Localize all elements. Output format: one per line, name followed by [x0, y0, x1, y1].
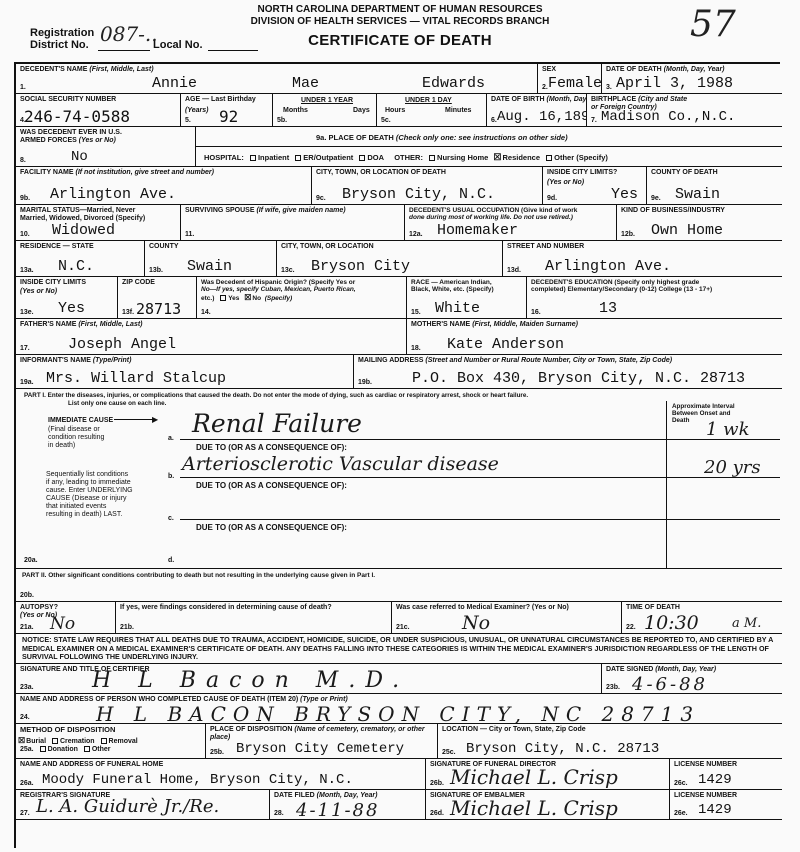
item-number: 5. — [185, 117, 191, 124]
under-1-day-label: UNDER 1 DAY — [405, 97, 452, 104]
item-number: 11. — [185, 231, 194, 238]
er-outpatient-checkbox[interactable] — [295, 155, 301, 161]
inside-limits-hint: (Yes or No) — [547, 179, 584, 186]
business-field: KIND OF BUSINESS/INDUSTRY 12b. Own Home — [617, 205, 782, 241]
autopsy-label: AUTOPSY? — [20, 604, 58, 612]
address-label: MAILING ADDRESS — [358, 357, 423, 364]
place-of-death-label: 9a. PLACE OF DEATH — [316, 133, 394, 142]
father-value: Joseph Angel — [68, 337, 176, 353]
findings-field: If yes, were findings considered in dete… — [116, 602, 392, 634]
cause-b-value: Arteriosclerotic Vascular disease — [182, 453, 499, 475]
division-title: DIVISION OF HEALTH SERVICES — VITAL RECO… — [230, 16, 570, 28]
under-1-year-field: UNDER 1 YEAR Months Days 5b. — [273, 94, 377, 127]
item-number: 27. — [20, 810, 30, 817]
page-title: CERTIFICATE OF DEATH — [230, 32, 570, 50]
cause-a-interval: 1 wk — [706, 419, 750, 440]
item-number: 9d. — [547, 195, 557, 202]
arrow-line — [114, 419, 156, 420]
due-to-b: DUE TO (OR AS A CONSEQUENCE OF): — [196, 481, 347, 490]
residence-state-value: N.C. — [58, 259, 94, 275]
residence-city-label: CITY, TOWN, OR LOCATION — [281, 243, 374, 251]
date-signed-hint: (Month, Day, Year) — [655, 666, 716, 673]
item-number: 9e. — [651, 195, 661, 202]
item-number: 19a. — [20, 379, 34, 386]
burial-checkbox-checked[interactable]: ☒ — [18, 736, 25, 745]
father-hint: (First, Middle, Last) — [78, 321, 142, 328]
immediate-hint-1: (Final disease or — [48, 426, 100, 433]
education-value: 13 — [599, 301, 617, 317]
dod-value: April 3, 1988 — [616, 76, 733, 92]
item-number: 6. — [491, 117, 497, 124]
hospital-label: HOSPITAL: — [204, 153, 244, 162]
burial-label: Burial — [26, 738, 46, 745]
donation-checkbox[interactable] — [40, 746, 46, 752]
director-license-label: LICENSE NUMBER — [674, 761, 737, 769]
dod-label: DATE OF DEATH — [606, 66, 662, 73]
facility-name-field: FACILITY NAME (If not institution, give … — [16, 167, 312, 205]
date-signed-value: 4-6-88 — [632, 674, 708, 694]
date-signed-field: DATE SIGNED (Month, Day, Year) 23b. 4-6-… — [602, 664, 782, 694]
location-label: LOCATION — City or Town, State, Zip Code — [442, 726, 586, 734]
county-of-death-value: Swain — [675, 187, 720, 203]
name-hint: (First, Middle, Last) — [89, 66, 153, 73]
date-filed-label: DATE FILED — [274, 792, 315, 799]
me-label: Was case referred to Medical Examiner? (… — [396, 604, 569, 612]
place-of-death-header: 9a. PLACE OF DEATH (Check only one: see … — [196, 127, 782, 147]
informant-label: INFORMANT'S NAME — [20, 357, 91, 364]
item-number: 25b. — [210, 749, 224, 756]
local-no-underline — [208, 50, 258, 51]
director-license-field: LICENSE NUMBER 26c. 1429 — [670, 759, 782, 790]
inside-city-limits-field: INSIDE CITY LIMITS? (Yes or No) 9d. Yes — [543, 167, 647, 205]
inside-limits-label: INSIDE CITY LIMITS? — [547, 169, 617, 177]
residence-county-label: COUNTY — [149, 243, 179, 251]
inpatient-label: Inpatient — [258, 153, 289, 162]
father-name-field: FATHER'S NAME (First, Middle, Last) 17. … — [16, 319, 407, 355]
part-1-instructions: PART I. Enter the diseases, injuries, or… — [24, 392, 664, 400]
facility-label: FACILITY NAME — [20, 169, 74, 176]
birthplace-value: Madison Co.,N.C. — [601, 109, 735, 125]
mother-hint: (First, Middle, Maiden Surname) — [472, 321, 578, 328]
facility-value: Arlington Ave. — [50, 187, 176, 203]
inpatient-checkbox[interactable] — [250, 155, 256, 161]
certifier-signature-field: SIGNATURE AND TITLE OF CERTIFIER 23a. H … — [16, 664, 602, 694]
interval-divider — [666, 401, 667, 569]
date-signed-label: DATE SIGNED — [606, 666, 653, 673]
sequential-hint-5: that initiated events — [46, 503, 106, 510]
residence-city-field: CITY, TOWN, OR LOCATION 13c. Bryson City — [277, 241, 503, 277]
item-number: 9c. — [316, 195, 326, 202]
first-name: Annie — [152, 76, 197, 92]
ssn-field: SOCIAL SECURITY NUMBER 4. 246-74-0588 — [16, 94, 181, 127]
time-suffix: a M. — [732, 616, 761, 631]
education-label-2: completed) Elementary/Secondary (0-12) C… — [531, 286, 712, 294]
residence-checkbox-checked[interactable]: ☒ — [493, 152, 501, 163]
residence-inside-limits-field: INSIDE CITY LIMITS (Yes or No) 13e. Yes — [16, 277, 118, 319]
item-number: 24. — [20, 714, 30, 721]
city-of-death-label: CITY, TOWN, OR LOCATION OF DEATH — [316, 169, 446, 177]
armed-forces-field: WAS DECEDENT EVER IN U.S. ARMED FORCES (… — [16, 127, 196, 167]
last-name: Edwards — [422, 76, 485, 92]
item-number: 26c. — [674, 780, 688, 787]
cause-of-death-section: PART I. Enter the diseases, injuries, or… — [16, 389, 782, 569]
cause-letter-b: b. — [168, 473, 174, 480]
dod-hint: (Month, Day, Year) — [664, 66, 725, 73]
sequential-hint-2: if any, leading to immediate — [46, 479, 131, 486]
age-label: AGE — Last Birthday — [185, 96, 256, 104]
item-number: 26d. — [430, 810, 444, 817]
date-of-death-field: DATE OF DEATH (Month, Day, Year) 3. Apri… — [602, 64, 782, 94]
age-field: AGE — Last Birthday (Years) 5. 92 — [181, 94, 273, 127]
date-filed-field: DATE FILED (Month, Day, Year) 28. 4-11-8… — [270, 790, 426, 820]
other-disposition-checkbox[interactable] — [84, 746, 90, 752]
immediate-hint-3: in death) — [48, 442, 75, 449]
hispanic-specify: (Specify) — [265, 295, 292, 302]
item-number: 26e. — [674, 810, 688, 817]
mother-value: Kate Anderson — [447, 337, 564, 353]
registration-underline — [98, 50, 150, 51]
residence-street-label: STREET AND NUMBER — [507, 243, 584, 251]
city-of-death-field: CITY, TOWN, OR LOCATION OF DEATH 9c. Bry… — [312, 167, 543, 205]
hispanic-yes-label: Yes — [228, 295, 239, 302]
me-value: No — [462, 612, 490, 634]
item-number: 28. — [274, 810, 284, 817]
part-2-field: PART II. Other significant conditions co… — [16, 569, 782, 602]
certifier-signature: H L Bacon M.D. — [92, 668, 409, 693]
item-number: 18. — [411, 345, 421, 352]
disposition-location-field: LOCATION — City or Town, State, Zip Code… — [438, 724, 782, 759]
funeral-home-label: NAME AND ADDRESS OF FUNERAL HOME — [20, 761, 163, 769]
other-specify-label: Other (Specify) — [554, 153, 608, 162]
cause-letter-a: a. — [168, 435, 174, 442]
hispanic-origin-field: Was Decedent of Hispanic Origin? (Specif… — [197, 277, 407, 319]
embalmer-license-field: LICENSE NUMBER 26e. 1429 — [670, 790, 782, 820]
age-value: 92 — [219, 109, 238, 125]
surviving-spouse-field: SURVIVING SPOUSE (If wife, give maiden n… — [181, 205, 405, 241]
marital-value: Widowed — [52, 223, 115, 239]
birthplace-field: BIRTHPLACE (City and State or Foreign Co… — [587, 94, 782, 127]
item-number: 21c. — [396, 624, 410, 631]
under-1-year-label: UNDER 1 YEAR — [301, 97, 353, 104]
funeral-home-field: NAME AND ADDRESS OF FUNERAL HOME 26a. Mo… — [16, 759, 426, 790]
part-2-label: PART II. Other significant conditions co… — [22, 572, 375, 579]
race-value: White — [435, 301, 480, 317]
occupation-field: DECEDENT'S USUAL OCCUPATION (Give kind o… — [405, 205, 617, 241]
zip-label: ZIP CODE — [122, 279, 155, 287]
residence-city-value: Bryson City — [311, 259, 410, 275]
registrar-signature: L. A. Guidurè Jr./Re. — [36, 796, 219, 817]
sex-value: Female — [548, 76, 602, 92]
removal-checkbox[interactable] — [101, 738, 107, 744]
interval-label-1: Approximate Interval — [672, 403, 735, 410]
item-number: 13c. — [281, 267, 295, 274]
residence-inside-label: INSIDE CITY LIMITS — [20, 279, 86, 287]
interval-label-3: Death — [672, 417, 690, 424]
item-number: 23a. — [20, 684, 34, 691]
dob-hint: (Month, Day, Year) — [547, 96, 588, 103]
date-filed-value: 4-11-88 — [296, 800, 379, 820]
hispanic-no-checkbox-checked[interactable]: ☒ — [244, 294, 251, 302]
cause-letter-c: c. — [168, 515, 174, 522]
dob-value: Aug. 16,1895 — [497, 109, 587, 125]
notice-text: NOTICE: STATE LAW REQUIRES THAT ALL DEAT… — [22, 636, 782, 662]
mother-name-field: MOTHER'S NAME (First, Middle, Maiden Sur… — [407, 319, 782, 355]
embalmer-signature: Michael L. Crisp — [450, 796, 618, 820]
residence-county-value: Swain — [187, 259, 232, 275]
father-label: FATHER'S NAME — [20, 321, 76, 328]
item-number: 15. — [411, 309, 421, 316]
page-stamp: 57 — [690, 4, 736, 45]
race-label-2: Black, White, etc. (Specify) — [411, 286, 494, 294]
education-field: DECEDENT'S EDUCATION (Specify only highe… — [527, 277, 782, 319]
armed-forces-label-2: ARMED FORCES — [20, 137, 77, 144]
item-number: 3. — [606, 84, 612, 91]
funeral-director-field: SIGNATURE OF FUNERAL DIRECTOR 26b. Micha… — [426, 759, 670, 790]
item-number: 7. — [591, 117, 597, 124]
cause-a-line — [180, 439, 780, 440]
due-to-a: DUE TO (OR AS A CONSEQUENCE OF): — [196, 443, 347, 452]
item-number: 13d. — [507, 267, 521, 274]
certificate-form: DECEDENT'S NAME (First, Middle, Last) 1.… — [14, 62, 780, 848]
facility-hint: (If not institution, give street and num… — [76, 169, 214, 176]
item-number: 5c. — [381, 117, 391, 124]
local-no-label: Local No. — [153, 39, 203, 51]
ssn-value: 246-74-0588 — [24, 109, 130, 125]
part-1-sub: List only one cause on each line. — [68, 400, 166, 407]
cremation-label: Cremation — [60, 738, 95, 745]
nursing-home-checkbox[interactable] — [429, 155, 435, 161]
minutes-label: Minutes — [445, 107, 471, 114]
item-number: 13e. — [20, 309, 34, 316]
place-of-death-options: HOSPITAL: Inpatient ER/Outpatient DOA OT… — [196, 147, 782, 167]
date-of-birth-field: DATE OF BIRTH (Month, Day, Year) 6. Aug.… — [487, 94, 587, 127]
item-number: 10. — [20, 231, 30, 238]
immediate-cause-label: IMMEDIATE CAUSE — [48, 417, 113, 424]
item-number: 1. — [20, 84, 26, 91]
armed-forces-hint: (Yes or No) — [79, 137, 116, 144]
address-hint: (Street and Number or Rural Route Number… — [425, 357, 672, 364]
method-label: METHOD OF DISPOSITION — [20, 726, 115, 734]
item-number: 8. — [20, 157, 26, 164]
immediate-hint-2: condition resulting — [48, 434, 104, 441]
age-hint: (Years) — [185, 107, 208, 114]
item-number: 9b. — [20, 195, 30, 202]
inside-limits-value: Yes — [611, 187, 638, 203]
registrar-signature-field: REGISTRAR'S SIGNATURE 27. L. A. Guidurè … — [16, 790, 270, 820]
address-value: P.O. Box 430, Bryson City, N.C. 28713 — [412, 371, 745, 387]
cause-b-interval: 20 yrs — [704, 457, 761, 478]
item-number: 16. — [531, 309, 541, 316]
district-label: District No. — [30, 39, 89, 51]
item-number: 12a. — [409, 231, 423, 238]
embalmer-license-value: 1429 — [698, 802, 732, 818]
nursing-home-label: Nursing Home — [437, 153, 488, 162]
mailing-address-field: MAILING ADDRESS (Street and Number or Ru… — [354, 355, 782, 389]
time-value: 10:30 — [644, 612, 699, 634]
cause-a-value: Renal Failure — [192, 409, 362, 438]
funeral-home-value: Moody Funeral Home, Bryson City, N.C. — [42, 772, 353, 788]
birthplace-label: BIRTHPLACE — [591, 96, 636, 103]
findings-label: If yes, were findings considered in dete… — [120, 604, 332, 612]
hispanic-label-2: No—If yes, specify Cuban, Mexican, Puert… — [201, 286, 356, 294]
removal-label: Removal — [109, 738, 138, 745]
donation-label: Donation — [48, 746, 78, 753]
hispanic-label-3: etc.) — [201, 295, 214, 302]
er-outpatient-label: ER/Outpatient — [303, 153, 353, 162]
cause-letter-d: d. — [168, 557, 174, 564]
item-number: 19b. — [358, 379, 372, 386]
hispanic-yes-checkbox[interactable] — [220, 295, 226, 301]
sequential-hint-1: Sequentially list conditions — [46, 471, 128, 478]
other-disposition-label: Other — [92, 746, 111, 753]
completer-value: H L BACON BRYSON CITY, NC 28713 — [96, 702, 700, 724]
autopsy-field: AUTOPSY? (Yes or No) 21a. No — [16, 602, 116, 634]
cremation-checkbox[interactable] — [52, 738, 58, 744]
residence-county-field: COUNTY 13b. Swain — [145, 241, 277, 277]
embalmer-field: SIGNATURE OF EMBALMER 26d. Michael L. Cr… — [426, 790, 670, 820]
informant-name-field: INFORMANT'S NAME (Type/Print) 19a. Mrs. … — [16, 355, 354, 389]
director-signature: Michael L. Crisp — [450, 765, 618, 789]
armed-forces-label: WAS DECEDENT EVER IN U.S. — [20, 129, 122, 137]
months-label: Months — [283, 107, 308, 114]
item-number: 21b. — [120, 624, 134, 631]
doa-label: DOA — [367, 153, 383, 162]
arrow-right-icon: ▶ — [152, 415, 158, 424]
zip-value: 28713 — [136, 301, 181, 317]
middle-name: Mae — [292, 76, 319, 92]
place-of-disposition-field: PLACE OF DISPOSITION (Name of cemetery, … — [206, 724, 438, 759]
director-license-value: 1429 — [698, 772, 732, 788]
name-label: DECEDENT'S NAME — [20, 66, 87, 73]
item-number: 5b. — [277, 117, 287, 124]
item-number: 23b. — [606, 684, 620, 691]
location-value: Bryson City, N.C. 28713 — [466, 741, 659, 757]
spouse-label: SURVIVING SPOUSE — [185, 207, 255, 214]
other-label: OTHER: — [394, 153, 423, 162]
ssn-label: SOCIAL SECURITY NUMBER — [20, 96, 116, 104]
place-label: PLACE OF DISPOSITION — [210, 726, 292, 733]
race-field: RACE — American Indian, Black, White, et… — [407, 277, 527, 319]
days-label: Days — [353, 107, 370, 114]
item-number: 14. — [201, 309, 211, 316]
sex-field: SEX 2. Female — [538, 64, 602, 94]
city-of-death-value: Bryson City, N.C. — [342, 187, 495, 203]
business-label: KIND OF BUSINESS/INDUSTRY — [621, 207, 725, 215]
item-number: 17. — [20, 345, 30, 352]
marital-status-field: MARITAL STATUS—Married, Never Married, W… — [16, 205, 181, 241]
residence-label: Residence — [502, 153, 540, 162]
item-number: 13b. — [149, 267, 163, 274]
due-to-c: DUE TO (OR AS A CONSEQUENCE OF): — [196, 523, 347, 532]
residence-state-field: RESIDENCE — STATE 13a. N.C. — [16, 241, 145, 277]
residence-inside-value: Yes — [58, 301, 85, 317]
dob-label: DATE OF BIRTH — [491, 96, 545, 103]
cause-c-line — [180, 519, 780, 520]
residence-inside-hint: (Yes or No) — [20, 288, 57, 295]
item-number: 22. — [626, 624, 636, 631]
doa-checkbox[interactable] — [359, 155, 365, 161]
county-of-death-label: COUNTY OF DEATH — [651, 169, 718, 177]
residence-street-value: Arlington Ave. — [545, 259, 671, 275]
occupation-hint: done during most of working life. Do not… — [409, 214, 573, 222]
item-number: 21a. — [20, 624, 34, 631]
item-number: 13a. — [20, 267, 34, 274]
armed-forces-value: No — [71, 149, 88, 165]
time-of-death-field: TIME OF DEATH 22. 10:30 a M. — [622, 602, 782, 634]
time-label: TIME OF DEATH — [626, 604, 680, 612]
sequential-hint-6: resulting in death) LAST. — [46, 511, 122, 518]
place-value: Bryson City Cemetery — [236, 741, 404, 757]
cause-b-line — [180, 477, 780, 478]
zip-code-field: ZIP CODE 13f. 28713 — [118, 277, 197, 319]
informant-hint: (Type/Print) — [93, 357, 132, 364]
autopsy-value: No — [50, 614, 75, 634]
county-of-death-field: COUNTY OF DEATH 9e. Swain — [647, 167, 782, 205]
item-number: 26b. — [430, 780, 444, 787]
marital-label: MARITAL STATUS—Married, Never — [20, 207, 135, 215]
item-20a: 20a. — [24, 557, 38, 564]
other-specify-checkbox[interactable] — [546, 155, 552, 161]
item-number: 25a. — [20, 746, 34, 753]
decedent-name-field: DECEDENT'S NAME (First, Middle, Last) 1.… — [16, 64, 538, 94]
item-number: 12b. — [621, 231, 635, 238]
item-number: 26a. — [20, 780, 34, 787]
interval-label-2: Between Onset and — [672, 410, 730, 417]
hours-label: Hours — [385, 107, 405, 114]
item-number: 13f. — [122, 309, 134, 316]
residence-street-field: STREET AND NUMBER 13d. Arlington Ave. — [503, 241, 782, 277]
mother-label: MOTHER'S NAME — [411, 321, 470, 328]
sequential-hint-4: CAUSE (Disease or injury — [46, 495, 127, 502]
medical-examiner-field: Was case referred to Medical Examiner? (… — [392, 602, 622, 634]
registration-label: Registration — [30, 27, 94, 39]
business-value: Own Home — [651, 223, 723, 239]
date-filed-hint: (Month, Day, Year) — [317, 792, 378, 799]
hispanic-no-label: No — [252, 295, 261, 302]
sex-label: SEX — [542, 66, 556, 74]
place-of-death-hint: (Check only one: see instructions on oth… — [396, 133, 568, 142]
notice-field: NOTICE: STATE LAW REQUIRES THAT ALL DEAT… — [16, 634, 782, 664]
embalmer-license-label: LICENSE NUMBER — [674, 792, 737, 800]
department-title: NORTH CAROLINA DEPARTMENT OF HUMAN RESOU… — [230, 4, 570, 16]
item-number: 25c. — [442, 749, 456, 756]
completer-field: NAME AND ADDRESS OF PERSON WHO COMPLETED… — [16, 694, 782, 724]
residence-state-label: RESIDENCE — STATE — [20, 243, 94, 251]
informant-value: Mrs. Willard Stalcup — [46, 371, 226, 387]
occupation-value: Homemaker — [437, 223, 518, 239]
registration-district-value: 087-.. — [100, 22, 158, 46]
spouse-hint: (If wife, give maiden name) — [256, 207, 345, 214]
disposition-method-field: METHOD OF DISPOSITION ☒Burial Cremation … — [16, 724, 206, 759]
under-1-day-field: UNDER 1 DAY Hours Minutes 5c. — [377, 94, 487, 127]
sequential-hint-3: cause. Enter UNDERLYING — [46, 487, 133, 494]
item-20b: 20b. — [20, 592, 34, 599]
item-number: 2. — [542, 84, 548, 91]
